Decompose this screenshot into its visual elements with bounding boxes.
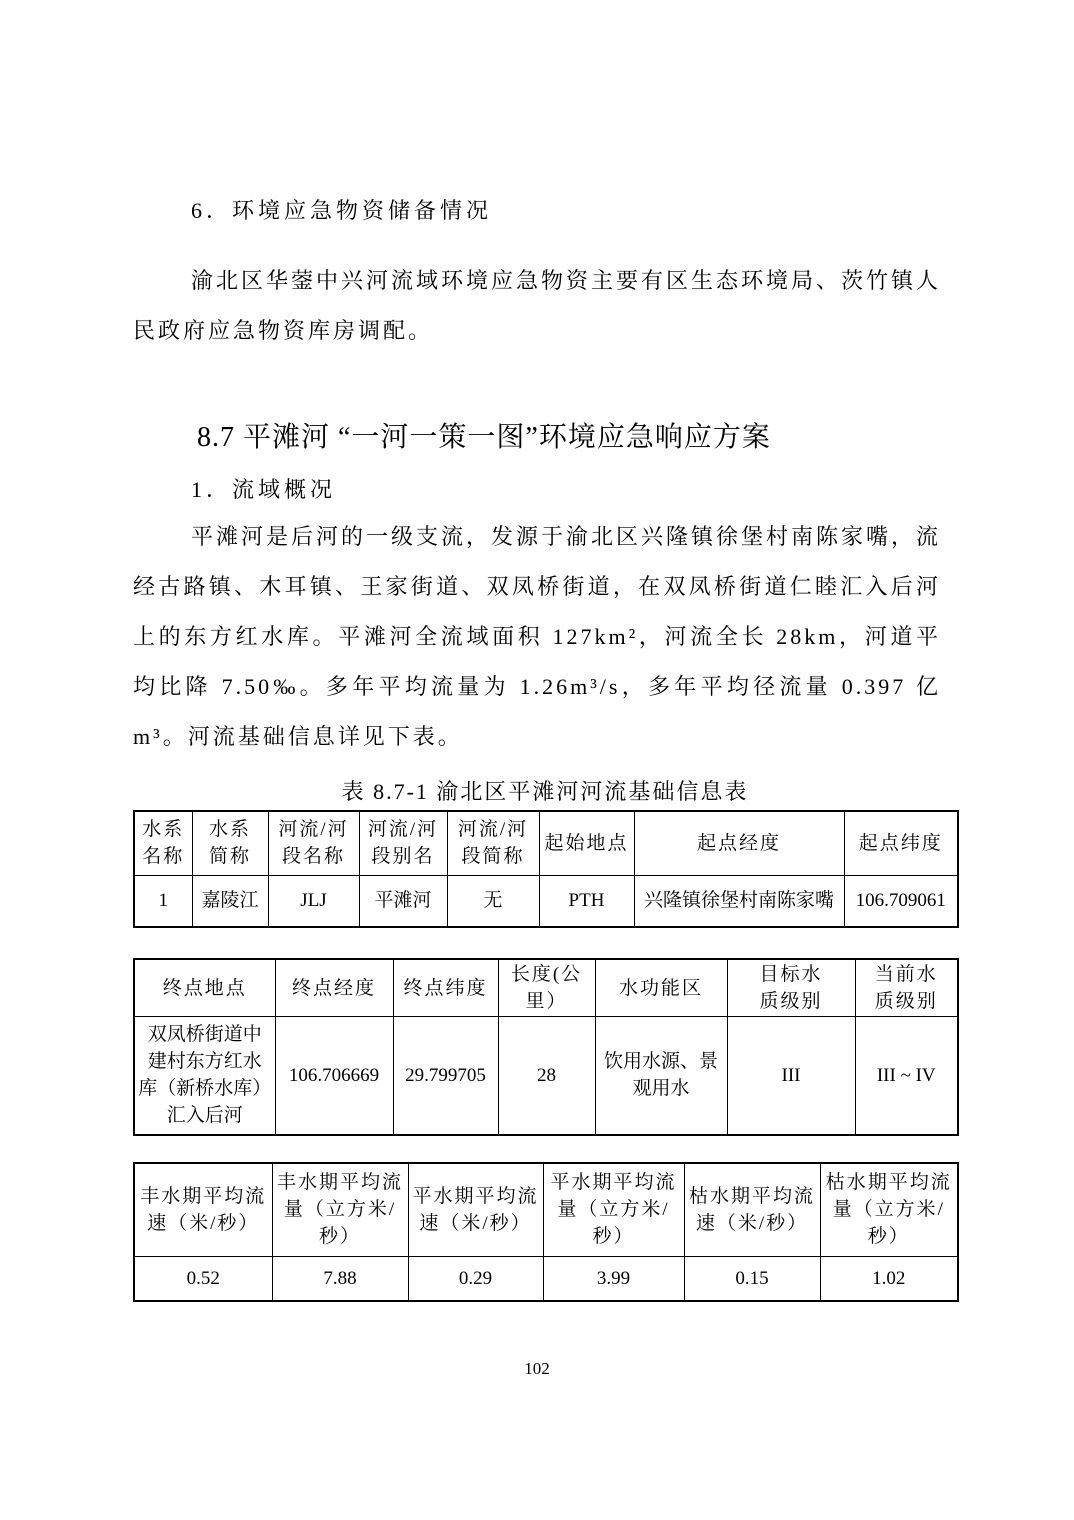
data-cell-water-function-zone: 饮用水源、景 观用水	[595, 1017, 727, 1135]
header-cell-current-water-quality: 当前水 质级别	[855, 959, 958, 1017]
table-header-row: 丰水期平均流 速（米/秒） 丰水期平均流 量（立方米/ 秒） 平水期平均流 速（…	[134, 1163, 958, 1257]
header-cell-wet-season-flow: 丰水期平均流 量（立方米/ 秒）	[272, 1163, 408, 1257]
header-cell-length-km: 长度(公 里）	[498, 959, 595, 1017]
data-cell-wet-season-flow: 7.88	[272, 1257, 408, 1301]
header-cell-normal-season-velocity: 平水期平均流 速（米/秒）	[408, 1163, 543, 1257]
table-data-row: 1 嘉陵江 JLJ 平滩河 无 PTH 兴隆镇徐堡村南陈家嘴 106.70906…	[134, 875, 958, 927]
data-cell-start-place: PTH	[539, 875, 634, 927]
data-cell-normal-season-velocity: 0.29	[408, 1257, 543, 1301]
data-cell-length-km: 28	[498, 1017, 595, 1135]
header-cell-end-place: 终点地点	[134, 959, 275, 1017]
data-cell-current-water-quality: III ~ IV	[855, 1017, 958, 1135]
header-cell-end-longitude: 终点经度	[275, 959, 393, 1017]
header-cell-water-function-zone: 水功能区	[595, 959, 727, 1017]
header-cell-river-alias: 河流/河 段别名	[359, 811, 447, 875]
header-cell-basin-abbr: 水系 简称	[192, 811, 268, 875]
table-data-row: 双凤桥街道中 建村东方红水 库（新桥水库） 汇入后河 106.706669 29…	[134, 1017, 958, 1135]
header-cell-dry-season-flow: 枯水期平均流 量（立方米/ 秒）	[820, 1163, 958, 1257]
table-caption: 表 8.7-1 渝北区平滩河河流基础信息表	[133, 776, 957, 808]
table-header-row: 水系 名称 水系 简称 河流/河 段名称 河流/河 段别名 河流/河 段简称 起…	[134, 811, 958, 875]
data-cell-start-longitude: 兴隆镇徐堡村南陈家嘴	[634, 875, 844, 927]
table-data-row: 0.52 7.88 0.29 3.99 0.15 1.02	[134, 1257, 958, 1301]
heading-emergency-supplies: 6．环境应急物资储备情况	[133, 196, 957, 226]
header-cell-dry-season-velocity: 枯水期平均流 速（米/秒）	[684, 1163, 820, 1257]
data-cell-basin-abbr: 嘉陵江	[192, 875, 268, 927]
heading-section-8-7: 8.7 平滩河 “一河一策一图”环境应急响应方案	[133, 416, 957, 460]
header-cell-normal-season-flow: 平水期平均流 量（立方米/ 秒）	[543, 1163, 684, 1257]
data-cell-basin-name: 1	[134, 875, 192, 927]
river-info-table-part1: 水系 名称 水系 简称 河流/河 段名称 河流/河 段别名 河流/河 段简称 起…	[133, 810, 959, 928]
header-cell-start-longitude: 起点经度	[634, 811, 844, 875]
data-cell-river-alias: 平滩河	[359, 875, 447, 927]
data-cell-normal-season-flow: 3.99	[543, 1257, 684, 1301]
data-cell-end-latitude: 29.799705	[393, 1017, 498, 1135]
page-number: 102	[0, 1358, 1074, 1380]
river-info-table-part2: 终点地点 终点经度 终点纬度 长度(公 里） 水功能区 目标水 质级别 当前水 …	[133, 958, 959, 1136]
paragraph-emergency-supplies: 渝北区华蓥中兴河流域环境应急物资主要有区生态环境局、茨竹镇人民政府应急物资库房调…	[133, 256, 941, 356]
document-page: 6．环境应急物资储备情况 渝北区华蓥中兴河流域环境应急物资主要有区生态环境局、茨…	[0, 0, 1074, 1520]
data-cell-wet-season-velocity: 0.52	[134, 1257, 272, 1301]
header-cell-basin-name: 水系 名称	[134, 811, 192, 875]
data-cell-river-name: JLJ	[268, 875, 359, 927]
paragraph-basin-overview: 平滩河是后河的一级支流，发源于渝北区兴隆镇徐堡村南陈家嘴，流经古路镇、木耳镇、王…	[133, 512, 941, 762]
data-cell-dry-season-flow: 1.02	[820, 1257, 958, 1301]
header-cell-start-latitude: 起点纬度	[844, 811, 958, 875]
data-cell-dry-season-velocity: 0.15	[684, 1257, 820, 1301]
data-cell-river-abbr: 无	[447, 875, 539, 927]
header-cell-wet-season-velocity: 丰水期平均流 速（米/秒）	[134, 1163, 272, 1257]
header-cell-river-name: 河流/河 段名称	[268, 811, 359, 875]
header-cell-river-abbr: 河流/河 段简称	[447, 811, 539, 875]
river-info-table-part3: 丰水期平均流 速（米/秒） 丰水期平均流 量（立方米/ 秒） 平水期平均流 速（…	[133, 1162, 959, 1302]
data-cell-end-longitude: 106.706669	[275, 1017, 393, 1135]
data-cell-target-water-quality: III	[727, 1017, 855, 1135]
table-header-row: 终点地点 终点经度 终点纬度 长度(公 里） 水功能区 目标水 质级别 当前水 …	[134, 959, 958, 1017]
header-cell-target-water-quality: 目标水 质级别	[727, 959, 855, 1017]
header-cell-start-place: 起始地点	[539, 811, 634, 875]
data-cell-end-place: 双凤桥街道中 建村东方红水 库（新桥水库） 汇入后河	[134, 1017, 275, 1135]
data-cell-start-latitude: 106.709061	[844, 875, 958, 927]
heading-basin-overview: 1．流域概况	[133, 472, 957, 508]
header-cell-end-latitude: 终点纬度	[393, 959, 498, 1017]
